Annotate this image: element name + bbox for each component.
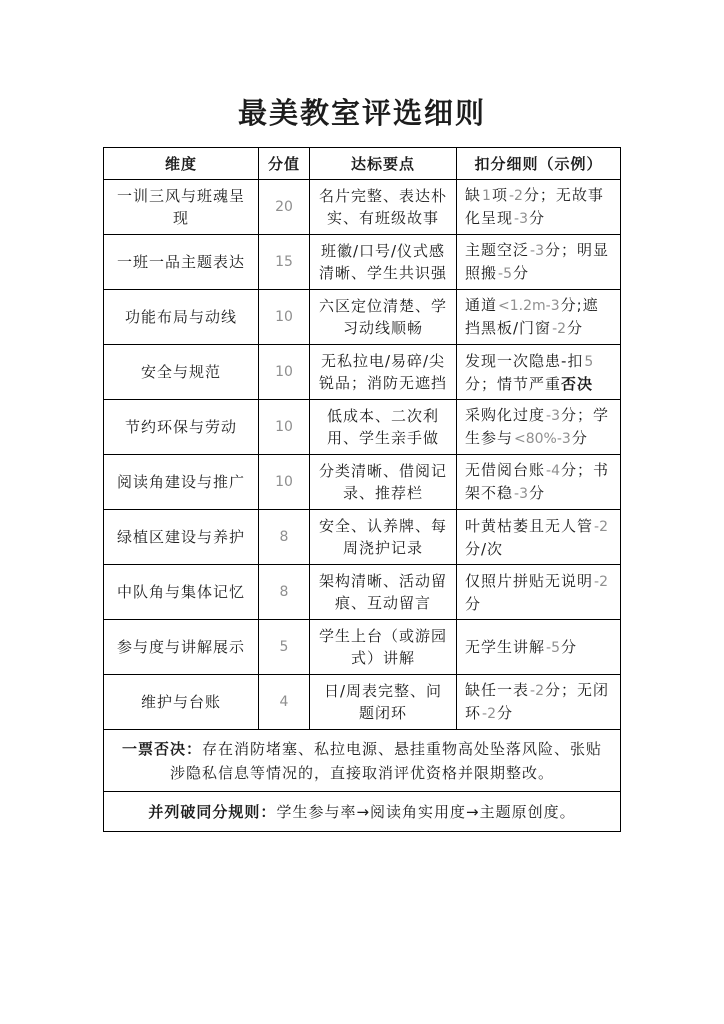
table-row: 一训三风与班魂呈现 20 名片完整、表达朴实、有班级故事 缺1项-2分；无故事化…	[104, 180, 621, 235]
cell-score: 8	[259, 565, 310, 620]
cell-dimension: 一班一品主题表达	[104, 235, 259, 290]
cell-points: 班徽/口号/仪式感清晰、学生共识强	[310, 235, 457, 290]
cell-score: 10	[259, 290, 310, 345]
table-row: 安全与规范 10 无私拉电/易碎/尖锐品；消防无遮挡 发现一次隐患-扣5分；情节…	[104, 345, 621, 400]
cell-deduction: 发现一次隐患-扣5分；情节严重否决	[457, 345, 621, 400]
cell-score: 5	[259, 620, 310, 675]
cell-points: 名片完整、表达朴实、有班级故事	[310, 180, 457, 235]
footnote-label: 并列破同分规则：	[148, 803, 276, 821]
footnote-tiebreak: 并列破同分规则：学生参与率→阅读角实用度→主题原创度。	[104, 792, 621, 832]
cell-deduction: 采购化过度-3分；学生参与<80%-3分	[457, 400, 621, 455]
cell-points: 架构清晰、活动留痕、互动留言	[310, 565, 457, 620]
table-row: 绿植区建设与养护 8 安全、认养牌、每周浇护记录 叶黄枯萎且无人管-2分/次	[104, 510, 621, 565]
rules-table: 维度 分值 达标要点 扣分细则（示例） 一训三风与班魂呈现 20 名片完整、表达…	[103, 147, 621, 832]
footnote-text: 学生参与率→阅读角实用度→主题原创度。	[276, 803, 575, 821]
cell-score: 20	[259, 180, 310, 235]
footnote-label: 一票否决：	[122, 740, 202, 758]
cell-score: 10	[259, 400, 310, 455]
header-row: 维度 分值 达标要点 扣分细则（示例）	[104, 148, 621, 180]
deduction-text: 叶黄枯萎且无人管-2分/次	[465, 517, 609, 558]
footnote-veto-row: 一票否决：存在消防堵塞、私拉电源、悬挂重物高处坠落风险、张贴涉隐私信息等情况的，…	[104, 730, 621, 792]
cell-points: 安全、认养牌、每周浇护记录	[310, 510, 457, 565]
deduction-text: 缺任一表-2分；无闭环-2分	[465, 681, 609, 722]
cell-dimension: 阅读角建设与推广	[104, 455, 259, 510]
cell-dimension: 绿植区建设与养护	[104, 510, 259, 565]
cell-deduction: 无学生讲解-5分	[457, 620, 621, 675]
cell-deduction: 通道<1.2m-3分;遮挡黑板/门窗-2分	[457, 290, 621, 345]
deduction-text: 主题空泛-3分；明显照搬-5分	[465, 241, 609, 282]
footnote-text: 存在消防堵塞、私拉电源、悬挂重物高处坠落风险、张贴涉隐私信息等情况的，直接取消评…	[170, 740, 602, 782]
table-row: 一班一品主题表达 15 班徽/口号/仪式感清晰、学生共识强 主题空泛-3分；明显…	[104, 235, 621, 290]
deduction-text: 通道<1.2m-3分;遮挡黑板/门窗-2分	[465, 296, 599, 337]
cell-points: 分类清晰、借阅记录、推荐栏	[310, 455, 457, 510]
table-row: 维护与台账 4 日/周表完整、问题闭环 缺任一表-2分；无闭环-2分	[104, 675, 621, 730]
cell-deduction: 叶黄枯萎且无人管-2分/次	[457, 510, 621, 565]
deduction-text: 采购化过度-3分；学生参与<80%-3分	[465, 406, 609, 447]
table-row: 阅读角建设与推广 10 分类清晰、借阅记录、推荐栏 无借阅台账-4分；书架不稳-…	[104, 455, 621, 510]
cell-deduction: 仅照片拼贴无说明-2分	[457, 565, 621, 620]
cell-points: 低成本、二次利用、学生亲手做	[310, 400, 457, 455]
deduction-text: 无学生讲解-5分	[465, 638, 577, 656]
table-row: 节约环保与劳动 10 低成本、二次利用、学生亲手做 采购化过度-3分；学生参与<…	[104, 400, 621, 455]
cell-score: 10	[259, 345, 310, 400]
cell-score: 10	[259, 455, 310, 510]
cell-dimension: 参与度与讲解展示	[104, 620, 259, 675]
deduction-bold-text: 否决	[561, 375, 593, 393]
cell-dimension: 安全与规范	[104, 345, 259, 400]
cell-score: 4	[259, 675, 310, 730]
cell-points: 六区定位清楚、学习动线顺畅	[310, 290, 457, 345]
column-header-score: 分值	[259, 148, 310, 180]
cell-deduction: 主题空泛-3分；明显照搬-5分	[457, 235, 621, 290]
cell-points: 学生上台（或游园式）讲解	[310, 620, 457, 675]
deduction-text: 仅照片拼贴无说明-2分	[465, 572, 609, 613]
table-row: 中队角与集体记忆 8 架构清晰、活动留痕、互动留言 仅照片拼贴无说明-2分	[104, 565, 621, 620]
cell-score: 8	[259, 510, 310, 565]
cell-dimension: 中队角与集体记忆	[104, 565, 259, 620]
cell-dimension: 一训三风与班魂呈现	[104, 180, 259, 235]
cell-deduction: 缺任一表-2分；无闭环-2分	[457, 675, 621, 730]
cell-points: 无私拉电/易碎/尖锐品；消防无遮挡	[310, 345, 457, 400]
footnote-veto: 一票否决：存在消防堵塞、私拉电源、悬挂重物高处坠落风险、张贴涉隐私信息等情况的，…	[104, 730, 621, 792]
column-header-deduction: 扣分细则（示例）	[457, 148, 621, 180]
deduction-text: 无借阅台账-4分；书架不稳-3分	[465, 461, 609, 502]
footnote-tiebreak-row: 并列破同分规则：学生参与率→阅读角实用度→主题原创度。	[104, 792, 621, 832]
cell-points: 日/周表完整、问题闭环	[310, 675, 457, 730]
cell-dimension: 维护与台账	[104, 675, 259, 730]
cell-deduction: 无借阅台账-4分；书架不稳-3分	[457, 455, 621, 510]
page-title: 最美教室评选细则	[0, 96, 724, 130]
cell-deduction: 缺1项-2分；无故事化呈现-3分	[457, 180, 621, 235]
cell-score: 15	[259, 235, 310, 290]
column-header-dimension: 维度	[104, 148, 259, 180]
cell-dimension: 功能布局与动线	[104, 290, 259, 345]
deduction-text: 缺1项-2分；无故事化呈现-3分	[465, 186, 604, 227]
cell-dimension: 节约环保与劳动	[104, 400, 259, 455]
table-row: 功能布局与动线 10 六区定位清楚、学习动线顺畅 通道<1.2m-3分;遮挡黑板…	[104, 290, 621, 345]
column-header-points: 达标要点	[310, 148, 457, 180]
document-page: 最美教室评选细则 维度 分值 达标要点 扣分细则（示例） 一训三风与班魂呈现 2…	[0, 0, 724, 1024]
table-row: 参与度与讲解展示 5 学生上台（或游园式）讲解 无学生讲解-5分	[104, 620, 621, 675]
